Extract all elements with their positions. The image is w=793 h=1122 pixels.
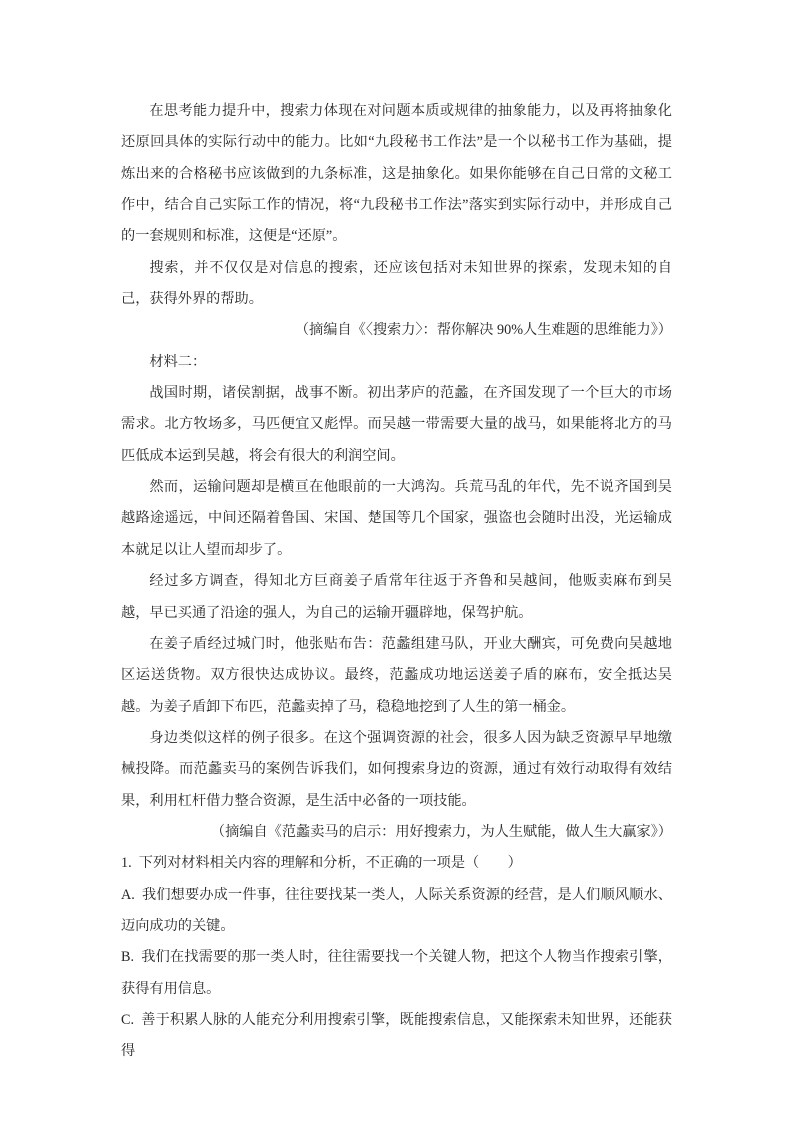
material-one-paragraph-1: 在思考能力提升中，搜索力体现在对问题本质或规律的抽象能力，以及再将抽象化还原回具… xyxy=(121,96,672,253)
document-body: 在思考能力提升中，搜索力体现在对问题本质或规律的抽象能力，以及再将抽象化还原回具… xyxy=(121,96,672,1068)
material-two-heading: 材料二： xyxy=(121,347,672,378)
material-one-citation: （摘编自《〈搜索力〉：帮你解决 90%人生难题的思维能力》） xyxy=(121,315,672,346)
material-two-paragraph-3: 经过多方调查，得知北方巨商姜子盾常年往返于齐鲁和吴越间，他贩卖麻布到吴越，早已买… xyxy=(121,566,672,629)
question-1-option-c: C. 善于积累人脉的人能充分利用搜索引擎，既能搜索信息，又能探索未知世界，还能获… xyxy=(121,1005,672,1068)
material-two-paragraph-4: 在姜子盾经过城门时，他张贴布告：范蠡组建马队，开业大酬宾，可免费向吴越地区运送货… xyxy=(121,629,672,723)
material-two-citation: （摘编自《范蠡卖马的启示：用好搜索力，为人生赋能，做人生大赢家》） xyxy=(121,817,672,848)
question-1-option-a: A. 我们想要办成一件事，往往要找某一类人，人际关系资源的经营，是人们顺风顺水、… xyxy=(121,880,672,943)
material-one-paragraph-2: 搜索，并不仅仅是对信息的搜索，还应该包括对未知世界的探索，发现未知的自己，获得外… xyxy=(121,253,672,316)
material-two-paragraph-5: 身边类似这样的例子很多。在这个强调资源的社会，很多人因为缺乏资源早早地缴械投降。… xyxy=(121,723,672,817)
material-two-paragraph-2: 然而，运输问题却是横亘在他眼前的一大鸿沟。兵荒马乱的年代，先不说齐国到吴越路途遥… xyxy=(121,472,672,566)
material-two-paragraph-1: 战国时期，诸侯割据，战事不断。初出茅庐的范蠡，在齐国发现了一个巨大的市场需求。北… xyxy=(121,378,672,472)
question-1-option-b: B. 我们在找需要的那一类人时，往往需要找一个关键人物，把这个人物当作搜索引擎，… xyxy=(121,942,672,1005)
document-page: 在思考能力提升中，搜索力体现在对问题本质或规律的抽象能力，以及再将抽象化还原回具… xyxy=(0,0,793,1122)
question-1-stem: 1. 下列对材料相关内容的理解和分析，不正确的一项是（ ） xyxy=(121,848,672,879)
